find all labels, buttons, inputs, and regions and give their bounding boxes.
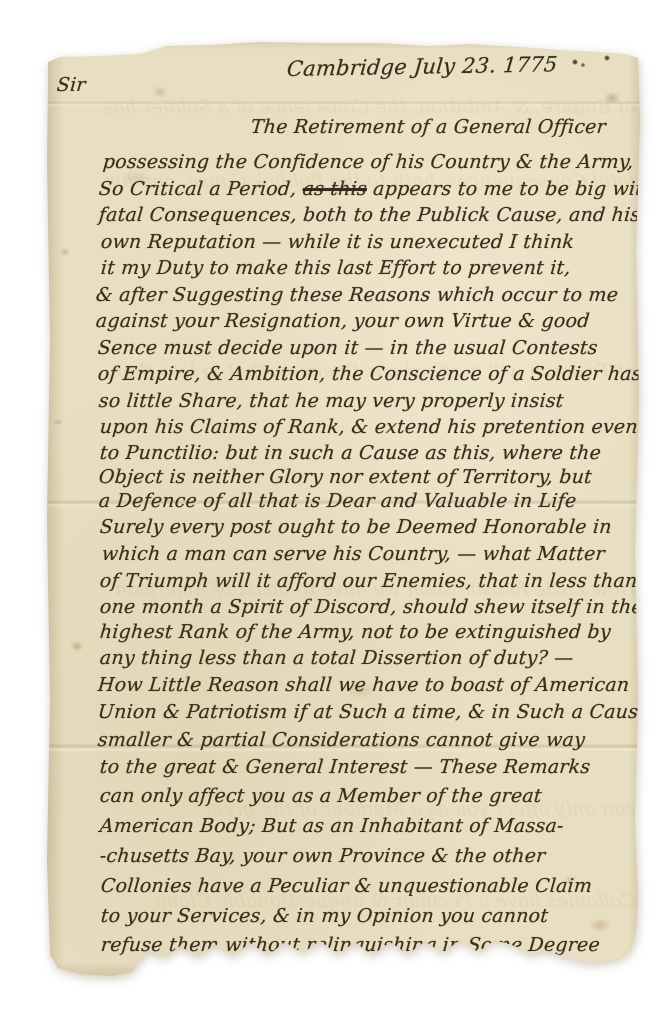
scan-background: of Empire, & Ambition, the Conscience of… bbox=[0, 0, 669, 1024]
letter-line: a Defence of all that is Dear and Valuab… bbox=[98, 490, 577, 512]
letter-line: upon his Claims of Rank, & extend his pr… bbox=[99, 416, 639, 438]
letter-line: of Triumph will it afford our Enemies, t… bbox=[99, 570, 638, 592]
letter-dateline: Cambridge July 23. 1775 bbox=[286, 53, 558, 80]
letter-line: to the great & General Interest — These … bbox=[99, 756, 591, 778]
bleedthrough-line: of Empire, & Ambition, the Conscience of… bbox=[49, 96, 637, 118]
letter-line: Collonies have a Peculiar & unquestionab… bbox=[100, 875, 593, 897]
letter-line: smaller & partial Considerations cannot … bbox=[97, 729, 586, 751]
letter-line: Sence must decide upon it — in the usual… bbox=[97, 337, 599, 359]
letter-line: American Body; But as an Inhabitant of M… bbox=[99, 815, 565, 837]
letter-line: can only affect you as a Member of the g… bbox=[99, 785, 543, 807]
letter-line: fatal Consequences, both to the Publick … bbox=[98, 204, 641, 226]
letter-line: -chusetts Bay, your own Province & the o… bbox=[99, 845, 546, 867]
letter-line: & after Suggesting these Reasons which o… bbox=[95, 284, 619, 306]
letter-line: Surely every post ought to be Deemed Hon… bbox=[99, 516, 613, 538]
letter-line-torn: refuse them without relinquishing in Som… bbox=[100, 934, 601, 956]
paper-sheet: of Empire, & Ambition, the Conscience of… bbox=[46, 38, 642, 978]
letter-line: highest Rank of the Army, not to be exti… bbox=[99, 621, 612, 643]
text-before-strike: So Critical a Period, bbox=[98, 178, 304, 200]
letter-line-with-strikethrough: So Critical a Period, as this appears to… bbox=[98, 178, 657, 200]
letter-line: any thing less than a total Dissertion o… bbox=[99, 647, 574, 669]
strikethrough-text: as this bbox=[302, 178, 368, 200]
letter-line: Union & Patriotism if at Such a time, & … bbox=[97, 701, 651, 723]
letter-line: How Little Reason shall we have to boast… bbox=[97, 674, 630, 696]
letter-line: Object is neither Glory nor extent of Te… bbox=[98, 466, 593, 488]
letter-line: to your Services, & in my Opinion you ca… bbox=[100, 905, 549, 927]
letter-page: of Empire, & Ambition, the Conscience of… bbox=[46, 38, 642, 978]
text-after-strike: appears to me to be big with bbox=[366, 178, 657, 200]
letter-line: The Retirement of a General Officer bbox=[250, 116, 607, 138]
letter-line: so little Share, that he may very proper… bbox=[98, 390, 565, 412]
letter-line: one month a Spirit of Discord, should sh… bbox=[99, 596, 644, 618]
letter-line: it my Duty to make this last Effort to p… bbox=[100, 257, 572, 279]
letter-salutation: Sir bbox=[56, 74, 87, 96]
letter-line: of Empire, & Ambition, the Conscience of… bbox=[97, 363, 643, 385]
letter-line: to Punctilio: but in such a Cause as thi… bbox=[99, 442, 602, 464]
letter-line: own Reputation — while it is unexecuted … bbox=[100, 231, 575, 253]
letter-line: which a man can serve his Country, — wha… bbox=[101, 543, 606, 565]
letter-line: possessing the Confidence of his Country… bbox=[102, 151, 660, 173]
letter-line: against your Resignation, your own Virtu… bbox=[95, 310, 591, 332]
